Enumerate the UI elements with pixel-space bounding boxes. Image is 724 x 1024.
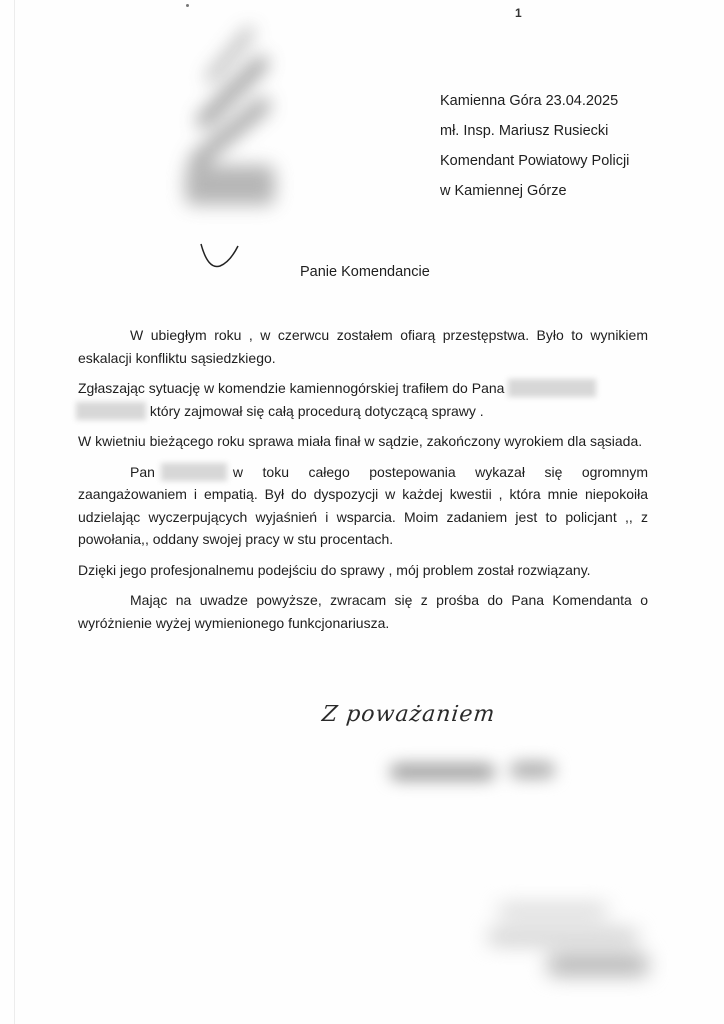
scan-edge <box>14 0 15 1024</box>
page-number: 1 <box>515 6 522 20</box>
redacted-signature <box>385 750 555 800</box>
redacted-name <box>76 402 146 420</box>
recipient-location: w Kamiennej Górze <box>440 176 629 206</box>
salutation: Panie Komendancie <box>300 264 430 280</box>
redacted-name <box>508 379 596 397</box>
paragraph-2: Zgłaszając sytuację w komendzie kamienno… <box>78 377 648 422</box>
paragraph-2-start: Zgłaszając sytuację w komendzie kamienno… <box>78 380 504 396</box>
paragraph-4-start: Pan <box>130 464 155 480</box>
stamp-curve-mark <box>198 240 240 270</box>
place-date: Kamienna Góra 23.04.2025 <box>440 86 629 116</box>
letter-body: W ubiegłym roku , w czerwcu zostałem ofi… <box>78 324 648 642</box>
letter-page: 1 Kamienna Góra 23.04.2025 mł. Insp. Mar… <box>0 0 724 1024</box>
redacted-receipt-stamp <box>478 895 648 995</box>
paragraph-1: W ubiegłym roku , w czerwcu zostałem ofi… <box>78 324 648 369</box>
scan-mark <box>186 4 189 7</box>
recipient-title: Komendant Powiatowy Policji <box>440 146 629 176</box>
paragraph-4: Panw toku całego postepowania wykazał si… <box>78 461 648 551</box>
recipient-name: mł. Insp. Mariusz Rusiecki <box>440 116 629 146</box>
handwritten-signoff: Z poważaniem <box>321 702 497 727</box>
recipient-block: Kamienna Góra 23.04.2025 mł. Insp. Mariu… <box>440 86 629 206</box>
paragraph-6: Mając na uwadze powyższe, zwracam się z … <box>78 589 648 634</box>
redacted-name <box>161 463 227 481</box>
paragraph-3: W kwietniu bieżącego roku sprawa miała f… <box>78 430 648 453</box>
paragraph-2-end: który zajmował się całą procedurą dotycz… <box>150 403 484 419</box>
redacted-stamp <box>175 25 285 235</box>
paragraph-5: Dzięki jego profesjonalnemu podejściu do… <box>78 559 648 582</box>
